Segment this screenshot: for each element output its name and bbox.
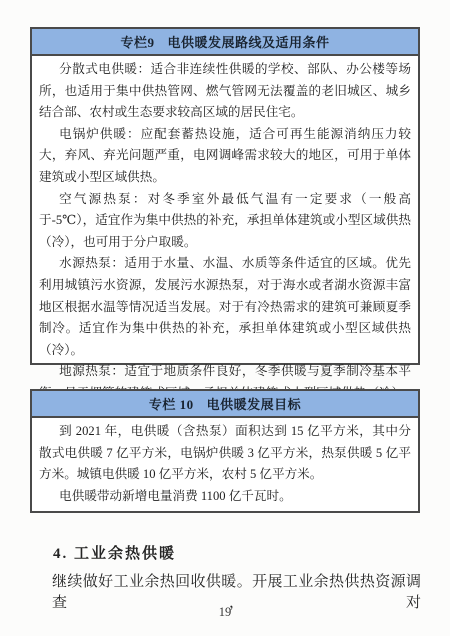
column-box-10-body: 到 2021 年，电供暖（含热泵）面积达到 15 亿平方米，其中分散式电供暖 7… <box>32 418 418 511</box>
column-box-10-label: 专栏 10 <box>149 394 194 413</box>
column-box-9-header: 专栏9 电供暖发展路线及适用条件 <box>32 29 418 56</box>
column-box-10-header: 专栏 10 电供暖发展目标 <box>32 391 418 418</box>
box-9-paragraph: 电锅炉供暖：应配套蓄热设施，适合可再生能源消纳压力较大，弃风、弃光问题严重，电网… <box>39 124 411 189</box>
document-page: 专栏9 电供暖发展路线及适用条件 分散式电供暖：适合非连续性供暖的学校、部队、办… <box>0 0 450 636</box>
column-box-10-title: 电供暖发展目标 <box>207 394 302 413</box>
column-box-9: 专栏9 电供暖发展路线及适用条件 分散式电供暖：适合非连续性供暖的学校、部队、办… <box>30 27 420 365</box>
column-box-10: 专栏 10 电供暖发展目标 到 2021 年，电供暖（含热泵）面积达到 15 亿… <box>30 389 420 513</box>
box-10-paragraph: 电供暖带动新增电量消费 1100 亿千瓦时。 <box>39 486 411 508</box>
column-box-9-title: 电供暖发展路线及适用条件 <box>168 32 330 51</box>
box-9-paragraph: 分散式电供暖：适合非连续性供暖的学校、部队、办公楼等场所，也适用于集中供热管网、… <box>39 59 411 124</box>
section-heading: 4. 工业余热供暖 <box>53 542 176 563</box>
page-number: 19 <box>0 605 450 620</box>
column-box-9-label: 专栏9 <box>120 32 154 51</box>
box-9-paragraph: 空气源热泵：对冬季室外最低气温有一定要求（一般高于-5℃），适宜作为集中供热的补… <box>39 189 411 254</box>
box-10-paragraph: 到 2021 年，电供暖（含热泵）面积达到 15 亿平方米，其中分散式电供暖 7… <box>39 421 411 486</box>
box-9-paragraph: 水源热泵：适用于水量、水温、水质等条件适宜的区域。优先利用城镇污水资源，发展污水… <box>39 253 411 361</box>
column-box-9-body: 分散式电供暖：适合非连续性供暖的学校、部队、办公楼等场所，也适用于集中供热管网、… <box>32 56 418 409</box>
